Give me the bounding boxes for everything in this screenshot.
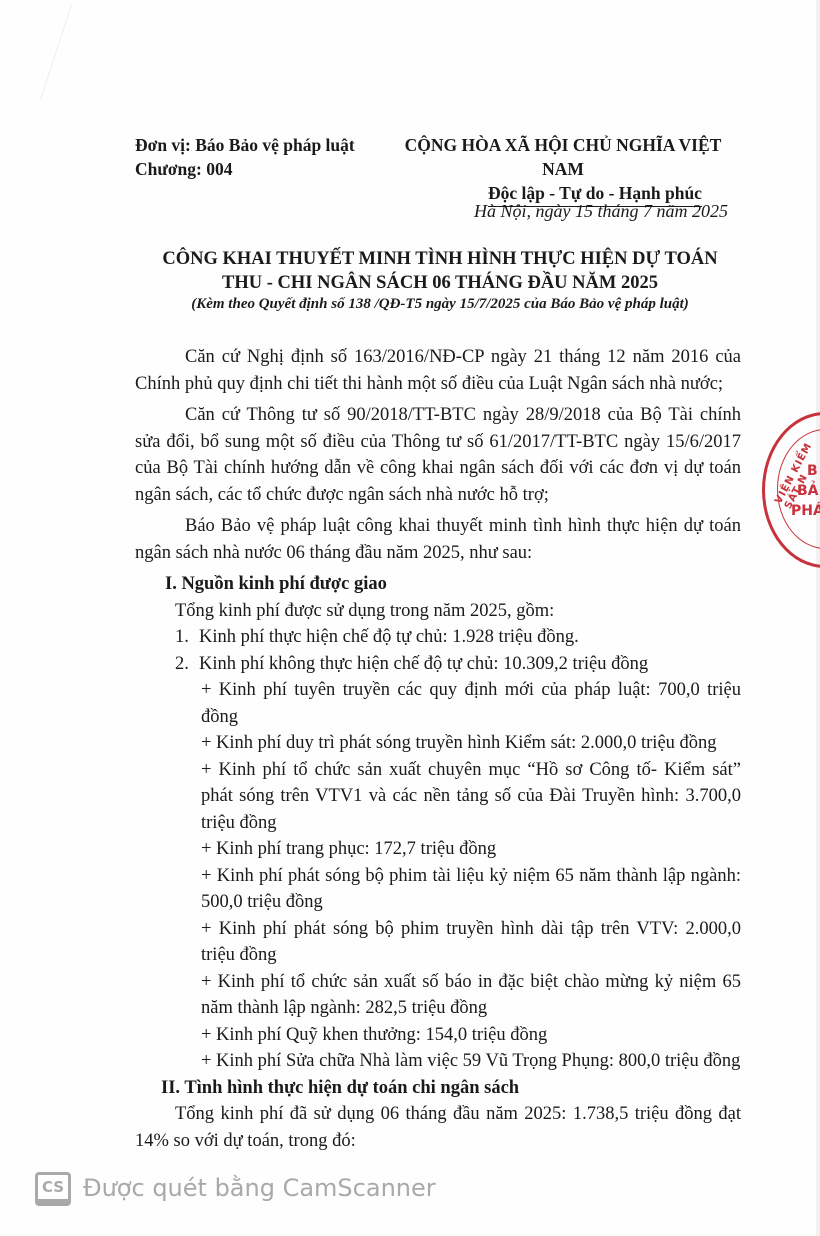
official-seal: VIỆN KIỂM SÁT N B BẢ PHÁ	[762, 412, 820, 568]
document-body: Căn cứ Nghị định số 163/2016/NĐ-CP ngày …	[135, 344, 741, 1154]
seal-line: BẢ	[797, 481, 820, 501]
place-and-date: Hà Nội, ngày 15 tháng 7 năm 2025	[474, 201, 728, 222]
nation-name: CỘNG HÒA XÃ HỘI CHỦ NGHĨA VIỆT NAM	[383, 133, 743, 181]
item-text: Kinh phí không thực hiện chế độ tự chủ: …	[199, 654, 648, 674]
budget-sub-item: + Kinh phí tổ chức sản xuất chuyên mục “…	[201, 757, 741, 837]
budget-sub-item: + Kinh phí phát sóng bộ phim tài liệu kỷ…	[201, 863, 741, 916]
national-header: CỘNG HÒA XÃ HỘI CHỦ NGHĨA VIỆT NAM Độc l…	[383, 133, 743, 207]
section-2-paragraph: Tổng kinh phí đã sử dụng 06 tháng đầu nă…	[135, 1101, 741, 1154]
issuing-unit-block: Đơn vị: Báo Bảo vệ pháp luật Chương: 004	[135, 133, 355, 181]
scanned-page: Đơn vị: Báo Bảo vệ pháp luật Chương: 004…	[0, 0, 820, 1236]
paper-fold-line	[0, 5, 72, 100]
section-2-heading: II. Tình hình thực hiện dự toán chi ngân…	[161, 1075, 741, 1102]
seal-line: B	[807, 461, 820, 481]
item-number: 1.	[175, 624, 199, 651]
title-line-1: CÔNG KHAI THUYẾT MINH TÌNH HÌNH THỰC HIỆ…	[120, 247, 760, 271]
budget-sub-item: + Kinh phí Sửa chữa Nhà làm việc 59 Vũ T…	[201, 1048, 741, 1075]
budget-sub-item: + Kinh phí trang phục: 172,7 triệu đồng	[201, 836, 741, 863]
watermark-text: Được quét bằng CamScanner	[83, 1174, 436, 1202]
paper-edge	[816, 0, 820, 1236]
budget-sub-item: + Kinh phí Quỹ khen thưởng: 154,0 triệu …	[201, 1022, 741, 1049]
chapter-code: Chương: 004	[135, 157, 355, 181]
preamble-paragraph: Căn cứ Thông tư số 90/2018/TT-BTC ngày 2…	[135, 402, 741, 508]
item-text: Kinh phí thực hiện chế độ tự chủ: 1.928 …	[199, 627, 579, 647]
preamble-paragraph: Căn cứ Nghị định số 163/2016/NĐ-CP ngày …	[135, 344, 741, 397]
title-line-2: THU - CHI NGÂN SÁCH 06 THÁNG ĐẦU NĂM 202…	[120, 271, 760, 295]
section-1-heading: I. Nguồn kinh phí được giao	[165, 571, 741, 598]
seal-center-text: B BẢ PHÁ	[793, 461, 820, 521]
camscanner-logo-icon: CS	[35, 1172, 71, 1206]
camscanner-watermark: CS Được quét bằng CamScanner	[35, 1170, 436, 1206]
section-1-intro: Tổng kinh phí được sử dụng trong năm 202…	[175, 598, 741, 625]
document-subtitle: (Kèm theo Quyết định số 138 /QĐ-T5 ngày …	[120, 296, 760, 313]
budget-sub-item: + Kinh phí duy trì phát sóng truyền hình…	[201, 730, 741, 757]
numbered-item: 1.Kinh phí thực hiện chế độ tự chủ: 1.92…	[175, 624, 741, 651]
budget-sub-item: + Kinh phí tổ chức sản xuất số báo in đặ…	[201, 969, 741, 1022]
seal-line: PHÁ	[791, 501, 820, 521]
preamble-paragraph: Báo Bảo vệ pháp luật công khai thuyết mi…	[135, 513, 741, 566]
document-title: CÔNG KHAI THUYẾT MINH TÌNH HÌNH THỰC HIỆ…	[120, 247, 760, 295]
unit-name: Đơn vị: Báo Bảo vệ pháp luật	[135, 133, 355, 157]
budget-sub-item: + Kinh phí phát sóng bộ phim truyền hình…	[201, 916, 741, 969]
item-number: 2.	[175, 651, 199, 678]
numbered-item: 2.Kinh phí không thực hiện chế độ tự chủ…	[175, 651, 741, 678]
budget-sub-item: + Kinh phí tuyên truyền các quy định mới…	[201, 677, 741, 730]
